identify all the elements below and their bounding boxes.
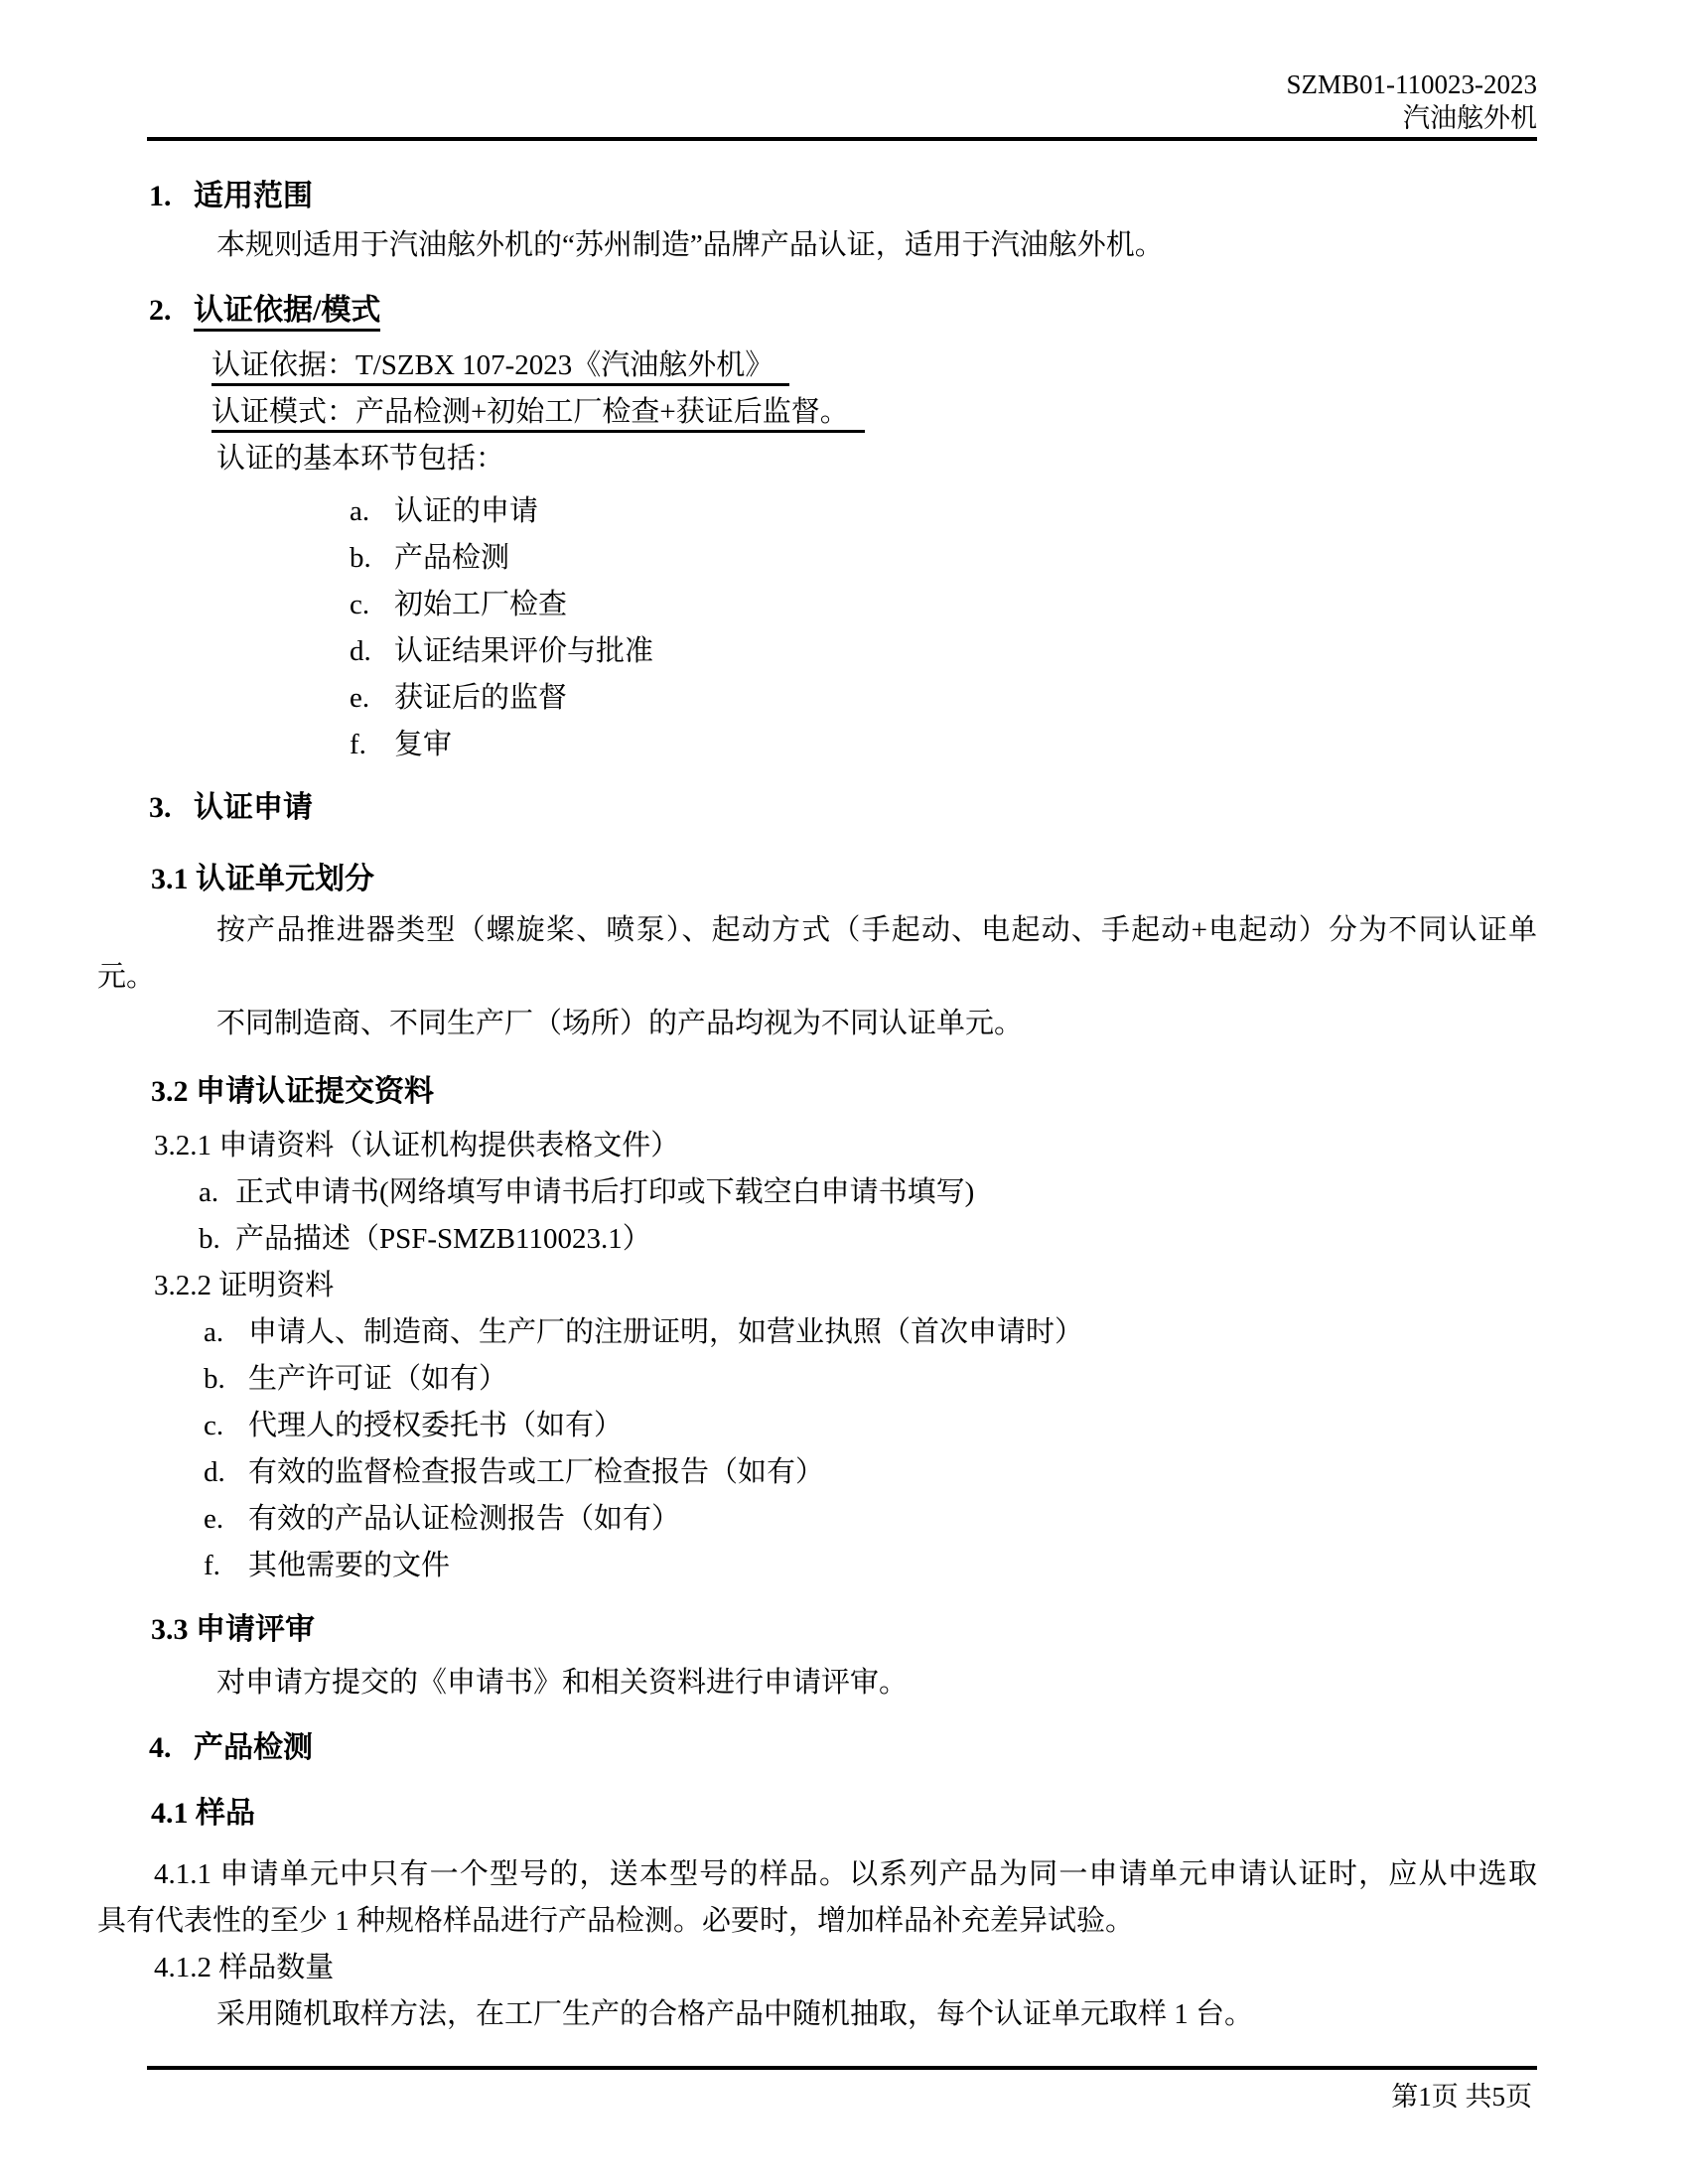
list-item-text: 认证的申请 [394, 488, 538, 535]
list-item-label: f. [350, 722, 394, 768]
section-4-heading: 4.产品检测 [149, 1724, 1537, 1771]
section-4-1-2-paragraph: 采用随机取样方法，在工厂生产的合格产品中随机抽取，每个认证单元取样 1 台。 [97, 1991, 1537, 2038]
section-3-2-1-heading: 3.2.1 申请资料（认证机构提供表格文件） [154, 1123, 1537, 1169]
list-item-label: a. [199, 1169, 235, 1216]
list-item-label: a. [204, 1309, 248, 1356]
footer-rule [147, 2066, 1537, 2070]
section-2-title: 认证依据/模式 [194, 294, 380, 332]
list-item: e.有效的产品认证检测报告（如有） [204, 1496, 1537, 1543]
list-item-text: 有效的监督检查报告或工厂检查报告（如有） [248, 1449, 824, 1496]
list-item: c.代理人的授权委托书（如有） [204, 1403, 1537, 1449]
section-3-heading: 3.认证申请 [149, 784, 1537, 831]
list-item: d.认证结果评价与批准 [350, 628, 1537, 675]
document-page: SZMB01-110023-2023 汽油舷外机 1.适用范围 本规则适用于汽油… [0, 0, 1688, 2184]
list-item: c.初始工厂检查 [350, 582, 1537, 628]
list-item-label: d. [204, 1449, 248, 1496]
section-4-1-heading: 4.1 样品 [151, 1790, 1537, 1837]
section-3-1-paragraph-line1: 按产品推进器类型（螺旋桨、喷泵）、起动方式（手起动、电起动、手起动+电起动）分为… [97, 907, 1537, 954]
list-item-text: 生产许可证（如有） [248, 1356, 507, 1403]
list-item-text: 初始工厂检查 [394, 582, 567, 628]
list-item-text: 代理人的授权委托书（如有） [248, 1403, 623, 1449]
section-4-title: 产品检测 [194, 1731, 313, 1764]
certification-basis-text: 认证依据：T/SZBX 107-2023《汽油舷外机》 [211, 349, 789, 386]
header-doc-title: 汽油舷外机 [1286, 101, 1537, 135]
section-1-number: 1. [149, 173, 194, 219]
section-3-1-paragraph2: 不同制造商、不同生产厂（场所）的产品均视为不同认证单元。 [97, 1001, 1537, 1047]
list-item-text: 产品检测 [394, 535, 509, 582]
section-3-number: 3. [149, 784, 194, 831]
list-item: b.产品检测 [350, 535, 1537, 582]
section-3-2-2-heading: 3.2.2 证明资料 [154, 1263, 1537, 1309]
list-item-label: b. [350, 535, 394, 582]
list-item: f.复审 [350, 722, 1537, 768]
list-item: b.生产许可证（如有） [204, 1356, 1537, 1403]
list-item-label: b. [199, 1216, 235, 1263]
list-item: d.有效的监督检查报告或工厂检查报告（如有） [204, 1449, 1537, 1496]
section-3-2-heading: 3.2 申请认证提交资料 [151, 1068, 1537, 1115]
section-4-1-1-paragraph-line2: 具有代表性的至少 1 种规格样品进行产品检测。必要时，增加样品补充差异试验。 [97, 1898, 1537, 1945]
list-item-label: d. [350, 628, 394, 675]
page-number: 第1页 共5页 [1391, 2075, 1532, 2114]
list-item-label: c. [204, 1403, 248, 1449]
section-1-paragraph: 本规则适用于汽油舷外机的“苏州制造”品牌产品认证，适用于汽油舷外机。 [97, 222, 1537, 269]
list-item: a.正式申请书(网络填写申请书后打印或下载空白申请书填写) [199, 1169, 1537, 1216]
section-3-3-heading: 3.3 申请评审 [151, 1606, 1537, 1653]
list-item: b.产品描述（PSF-SMZB110023.1） [199, 1216, 1537, 1263]
list-item-label: f. [204, 1543, 248, 1589]
list-item-text: 正式申请书(网络填写申请书后打印或下载空白申请书填写) [235, 1169, 974, 1216]
section-3-3-paragraph: 对申请方提交的《申请书》和相关资料进行申请评审。 [97, 1660, 1537, 1706]
page-header: SZMB01-110023-2023 汽油舷外机 [1286, 68, 1537, 135]
section-2-number: 2. [149, 287, 194, 334]
section-4-1-2-heading: 4.1.2 样品数量 [154, 1945, 1537, 1991]
list-item-text: 申请人、制造商、生产厂的注册证明，如营业执照（首次申请时） [248, 1309, 1083, 1356]
list-item-label: b. [204, 1356, 248, 1403]
section-3-1-heading: 3.1 认证单元划分 [151, 856, 1537, 902]
certification-mode-text: 认证模式：产品检测+初始工厂检查+获证后监督。 [211, 396, 865, 433]
certification-steps-intro: 认证的基本环节包括： [97, 436, 1537, 482]
list-item: a.认证的申请 [350, 488, 1537, 535]
certification-basis-line: 认证依据：T/SZBX 107-2023《汽油舷外机》 [211, 342, 1537, 389]
section-1-title: 适用范围 [194, 180, 313, 212]
list-item-label: e. [204, 1496, 248, 1543]
section-3-title: 认证申请 [194, 791, 313, 824]
section-4-number: 4. [149, 1724, 194, 1771]
list-item-text: 产品描述（PSF-SMZB110023.1） [235, 1216, 651, 1263]
document-body: 1.适用范围 本规则适用于汽油舷外机的“苏州制造”品牌产品认证，适用于汽油舷外机… [97, 141, 1537, 2038]
section-3-1-paragraph-line2: 元。 [97, 954, 1537, 1001]
list-item-label: a. [350, 488, 394, 535]
section-2-heading: 2.认证依据/模式 [149, 287, 1537, 334]
list-item-text: 其他需要的文件 [248, 1543, 450, 1589]
list-item-label: e. [350, 675, 394, 722]
list-item: a.申请人、制造商、生产厂的注册证明，如营业执照（首次申请时） [204, 1309, 1537, 1356]
list-item-text: 认证结果评价与批准 [394, 628, 653, 675]
list-item-text: 有效的产品认证检测报告（如有） [248, 1496, 680, 1543]
list-item: f.其他需要的文件 [204, 1543, 1537, 1589]
list-item-text: 获证后的监督 [394, 675, 567, 722]
header-doc-number: SZMB01-110023-2023 [1286, 68, 1537, 101]
list-item-label: c. [350, 582, 394, 628]
list-item-text: 复审 [394, 722, 452, 768]
section-1-heading: 1.适用范围 [149, 173, 1537, 219]
section-4-1-1-paragraph-line1: 4.1.1 申请单元中只有一个型号的，送本型号的样品。以系列产品为同一申请单元申… [97, 1851, 1537, 1898]
list-item: e.获证后的监督 [350, 675, 1537, 722]
certification-mode-line: 认证模式：产品检测+初始工厂检查+获证后监督。 [211, 389, 1537, 436]
